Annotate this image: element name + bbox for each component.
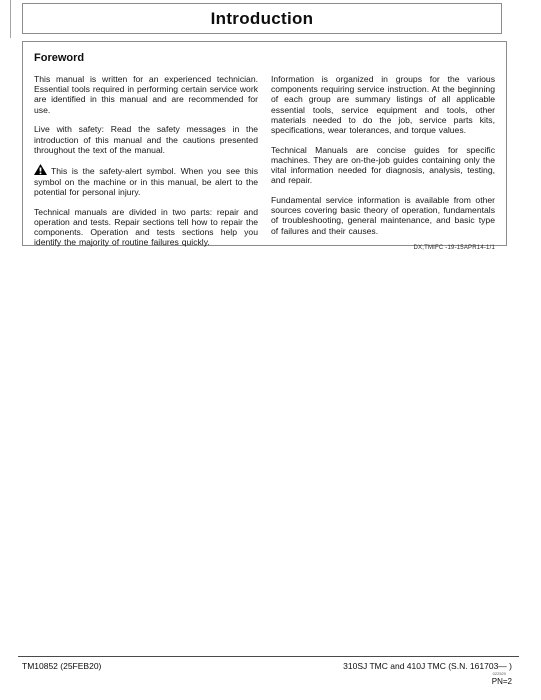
- foreword-columns: This manual is written for an experience…: [34, 74, 495, 257]
- paragraph: Information is organized in groups for t…: [271, 74, 495, 135]
- manual-number: TM10852 (25FEB20): [22, 661, 101, 671]
- manual-page: Introduction Foreword This manual is wri…: [0, 0, 541, 700]
- left-column: This manual is written for an experience…: [34, 74, 258, 257]
- model-info: 310SJ TMC and 410J TMC (S.N. 161703— ): [343, 661, 512, 671]
- section-title-box: Introduction: [22, 3, 502, 34]
- paragraph-safety-alert: This is the safety-alert symbol. When yo…: [34, 164, 258, 197]
- paragraph: Live with safety: Read the safety messag…: [34, 124, 258, 155]
- page-number: PN=2: [343, 677, 512, 686]
- paragraph: Technical Manuals are concise guides for…: [271, 145, 495, 186]
- page-footer: TM10852 (25FEB20) 310SJ TMC and 410J TMC…: [18, 656, 519, 660]
- right-column: Information is organized in groups for t…: [271, 74, 495, 257]
- paragraph: Fundamental service information is avail…: [271, 195, 495, 236]
- paragraph: This manual is written for an experience…: [34, 74, 258, 115]
- paragraph: Technical manuals are divided in two par…: [34, 207, 258, 248]
- page-title: Introduction: [211, 9, 314, 29]
- footer-right-block: 310SJ TMC and 410J TMC (S.N. 161703— ) 0…: [343, 661, 512, 686]
- safety-alert-icon: [34, 164, 47, 175]
- scan-border-artifact: [10, 0, 11, 38]
- paragraph-text: This is the safety-alert symbol. When yo…: [34, 166, 258, 196]
- print-code: 022520: [343, 671, 506, 676]
- foreword-heading: Foreword: [34, 52, 495, 64]
- reference-code: DX,TMIFC -19-15APR14-1/1: [271, 245, 495, 252]
- foreword-section: Foreword This manual is written for an e…: [22, 41, 507, 246]
